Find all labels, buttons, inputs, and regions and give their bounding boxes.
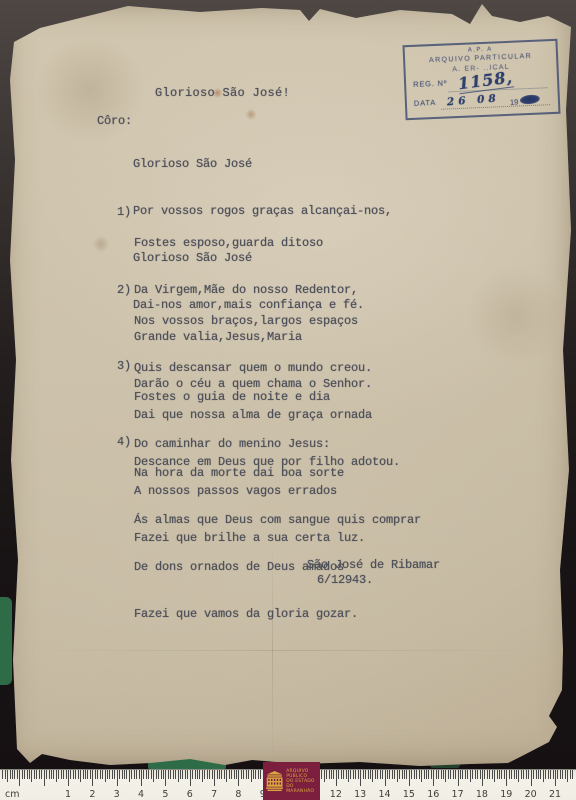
choir-label: Côro: <box>97 114 132 130</box>
ruler-number: 21 <box>549 789 561 800</box>
verse-line: Fazei que vamos da gloria gozar. <box>134 607 421 623</box>
ruler-number: 6 <box>187 789 193 800</box>
ruler-number: 19 <box>500 789 512 800</box>
archive-logo: ARQUIVOPÚBLICODO ESTADODO MARANHÃO <box>263 762 320 800</box>
stamp-reg-label: REG. Nº <box>413 78 448 88</box>
ruler-number: 4 <box>138 789 144 800</box>
date-line: 6/12943. <box>317 573 373 589</box>
verse-line: Fostes o guia de noite e dia <box>134 390 365 406</box>
ruler-number: 12 <box>330 789 342 800</box>
ruler-number: 13 <box>354 789 366 800</box>
ruler-number: 2 <box>89 789 95 800</box>
ruler-number: 14 <box>379 789 391 800</box>
verse-4: 4) Na hora da morte dai boa sorte Ás alm… <box>117 435 421 653</box>
stamp-date-label: DATA <box>414 98 436 108</box>
ruler-number: 18 <box>476 789 488 800</box>
page-title: Glorioso São José! <box>155 86 290 102</box>
ink-scribble <box>519 94 540 105</box>
archive-building-icon <box>266 769 283 793</box>
ruler-number: 1 <box>65 789 71 800</box>
paper-stain <box>245 109 257 120</box>
archive-logo-text-line: DO MARANHÃO <box>286 784 318 794</box>
archive-stamp: A.P. A ARQUIVO PARTICULAR A. ER- ..ICAL … <box>402 39 560 120</box>
stamp-year-print: 19 <box>510 97 519 106</box>
ruler-number: 5 <box>162 789 168 800</box>
verse-line: Nos vossos braços,largos espaços <box>134 314 400 330</box>
verse-number: 4) <box>117 435 134 653</box>
chorus-line: Glorioso São José <box>133 157 392 173</box>
ruler-number: 15 <box>403 789 415 800</box>
ruler-number: 8 <box>235 789 241 800</box>
ruler-number: 3 <box>114 789 120 800</box>
paper-sheet: A.P. A ARQUIVO PARTICULAR A. ER- ..ICAL … <box>0 0 576 770</box>
ruler-number: 16 <box>427 789 439 800</box>
green-registration-mark <box>0 597 12 685</box>
paper-stain <box>92 236 110 252</box>
verse-line: Ás almas que Deus com sangue quis compra… <box>134 513 421 529</box>
ruler-number: 7 <box>211 789 217 800</box>
ruler-number: 20 <box>525 789 537 800</box>
ruler-number: 17 <box>452 789 464 800</box>
verse-line: Na hora da morte dai boa sorte <box>134 466 421 482</box>
paper-stain <box>470 260 560 370</box>
verse-line: Fostes esposo,guarda ditoso <box>134 236 372 252</box>
signature-line: São José de Ribamar <box>307 558 440 574</box>
scanned-document-page: A.P. A ARQUIVO PARTICULAR A. ER- ..ICAL … <box>0 0 576 800</box>
archive-logo-text: ARQUIVOPÚBLICODO ESTADODO MARANHÃO <box>286 769 318 794</box>
